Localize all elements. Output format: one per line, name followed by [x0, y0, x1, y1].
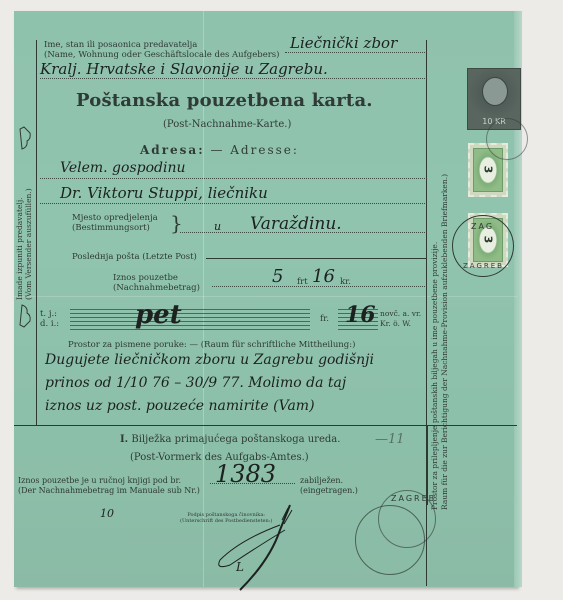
left-margin-note: Imade izpuniti predavatelj. (Vom Versend… — [15, 170, 33, 300]
last-post-label: Posledнja pošta (Letzte Post) — [72, 252, 197, 262]
message-label-hr: Prostor za pismene poruke: — [68, 340, 187, 350]
right-margin-note: Prostor za prilepljenje poštanskih bilje… — [430, 110, 450, 510]
amount-words-kr: 16 — [345, 302, 376, 328]
sender-dotted-line — [285, 52, 425, 53]
message-label-de: (Raum für schriftliche Mittheilung:) — [201, 340, 356, 350]
brace: } — [170, 213, 183, 233]
destination-value: Varaždinu. — [250, 214, 342, 234]
card-subtitle: (Post-Nachnahme-Karte.) — [163, 119, 291, 130]
sender-handwritten-2: Kralj. Hrvatske i Slavonije u Zagrebu. — [40, 60, 328, 78]
message-line-3: iznos uz post. pouzeće namirite (Vam) — [45, 398, 315, 414]
side-mark: —11 — [375, 432, 405, 447]
margin-mark: 10 — [100, 507, 114, 520]
postmaster-signature — [200, 500, 310, 595]
registered-label: zabilježen. (eingetragen.) — [300, 476, 358, 496]
office-heading-hr: Bilježka primajućega poštanskoga ureda. — [131, 434, 340, 445]
amount-kreuzer: 16 — [312, 266, 335, 287]
postmark-zagreb: ZAG ZAGREB — [452, 215, 514, 277]
amount-florins-unit: frt — [297, 277, 308, 287]
postmark-bottom-city: ZAGREB — [391, 494, 436, 503]
address-heading-sep: — — [205, 143, 231, 157]
message-label: Prostor za pismene poruke: — (Raum für s… — [68, 340, 355, 350]
left-margin-line-1: Imade izpuniti predavatelj. — [15, 170, 24, 300]
registered-de: (eingetragen.) — [300, 486, 358, 496]
sender-label: Ime, stan ili posaonica predavatelja (Na… — [44, 40, 284, 60]
currency-de: Kr. ö. W. — [380, 319, 421, 329]
destination-prefix: u — [214, 220, 221, 233]
destination-label: Mjesto opredjelenja (Bestimmungsort) — [72, 213, 158, 233]
amount-words-labels: t. j.: d. i.: — [40, 309, 59, 329]
sender-dotted-line-2 — [40, 78, 425, 79]
signature-mark: L — [236, 560, 244, 574]
currency-labels: novč. a. vr. Kr. ö. W. — [380, 309, 421, 329]
office-heading-num: I. — [120, 434, 128, 445]
label-di: d. i.: — [40, 319, 59, 329]
destination-label-de: (Bestimmungsort) — [72, 223, 158, 233]
address-heading: Adresa: — Adresse: — [140, 143, 299, 157]
sender-handwritten-1: Liečnički zbor — [290, 34, 397, 52]
address-heading-hr: Adresa: — [140, 143, 205, 157]
last-post-line — [206, 258, 426, 259]
message-label-sep: — — [187, 340, 201, 350]
sender-label-hr: Ime, stan ili posaonica predavatelja — [44, 40, 284, 50]
manual-number: 1383 — [215, 460, 276, 488]
addressee-dotted-1 — [40, 178, 425, 179]
address-heading-de: Adresse: — [230, 143, 299, 157]
registered-hr: zabilježen. — [300, 476, 358, 486]
message-line-1: Dugujete liečničkom zboru u Zagrebu godi… — [45, 352, 374, 368]
bottom-right-frame — [427, 425, 428, 505]
right-margin-line-1: Prostor za prilepljenje poštanskih bilje… — [430, 110, 440, 510]
addressee-line-2: Dr. Viktoru Stuppi, liečniku — [60, 184, 268, 202]
pointing-hand-icon-top — [18, 125, 36, 151]
postmark-city: ZAG — [471, 222, 494, 231]
postmark-bottom: ZAGREB — [463, 262, 504, 270]
manual-label-hr: Iznos pouzetbe je u ručnoj knjigi pod br… — [18, 476, 200, 486]
message-line-2: prinos od 1/10 76 – 30/9 77. Molimo da t… — [45, 375, 346, 391]
left-frame-line — [36, 40, 37, 425]
amount-label: Iznos pouzetbe (Nachnahmebetrag) — [113, 273, 200, 293]
amount-words-ruled-field — [70, 309, 310, 331]
amount-kreuzer-unit: kr. — [340, 277, 351, 287]
portrait-icon — [482, 77, 508, 106]
postmark-partial-top — [486, 118, 528, 160]
office-heading: I. Bilježka primajućega poštanskoga ured… — [120, 434, 340, 445]
addressee-line-1: Velem. gospodinu — [60, 160, 186, 176]
addressee-dotted-2 — [40, 203, 425, 204]
card-title: Poštanska pouzetbena karta. — [76, 90, 373, 111]
adhesive-stamp-1-value: 3 — [482, 152, 495, 188]
destination-label-hr: Mjesto opredjelenja — [72, 213, 158, 223]
left-margin-line-2: (Vom Versender auszufüllen.) — [24, 170, 33, 300]
currency-hr: novč. a. vr. — [380, 309, 421, 319]
manual-label: Iznos pouzetbe je u ručnoj knjigi pod br… — [18, 476, 200, 496]
amount-words-value: pet — [135, 300, 182, 330]
amount-florins: 5 — [272, 266, 283, 287]
amount-label-hr: Iznos pouzetbe — [113, 273, 200, 283]
amount-words-fr: fr. — [320, 314, 329, 324]
pointing-hand-icon — [18, 303, 36, 329]
right-margin-line-2: Raum für die zur Berichtigung der Nachna… — [440, 110, 450, 510]
sender-label-de: (Name, Wohnung oder Geschäftslocale des … — [44, 50, 284, 60]
amount-label-de: (Nachnahmebetrag) — [113, 283, 200, 293]
label-tj: t. j.: — [40, 309, 59, 319]
manual-label-de: (Der Nachnahmebetrag im Manuale sub Nr.) — [18, 486, 200, 496]
